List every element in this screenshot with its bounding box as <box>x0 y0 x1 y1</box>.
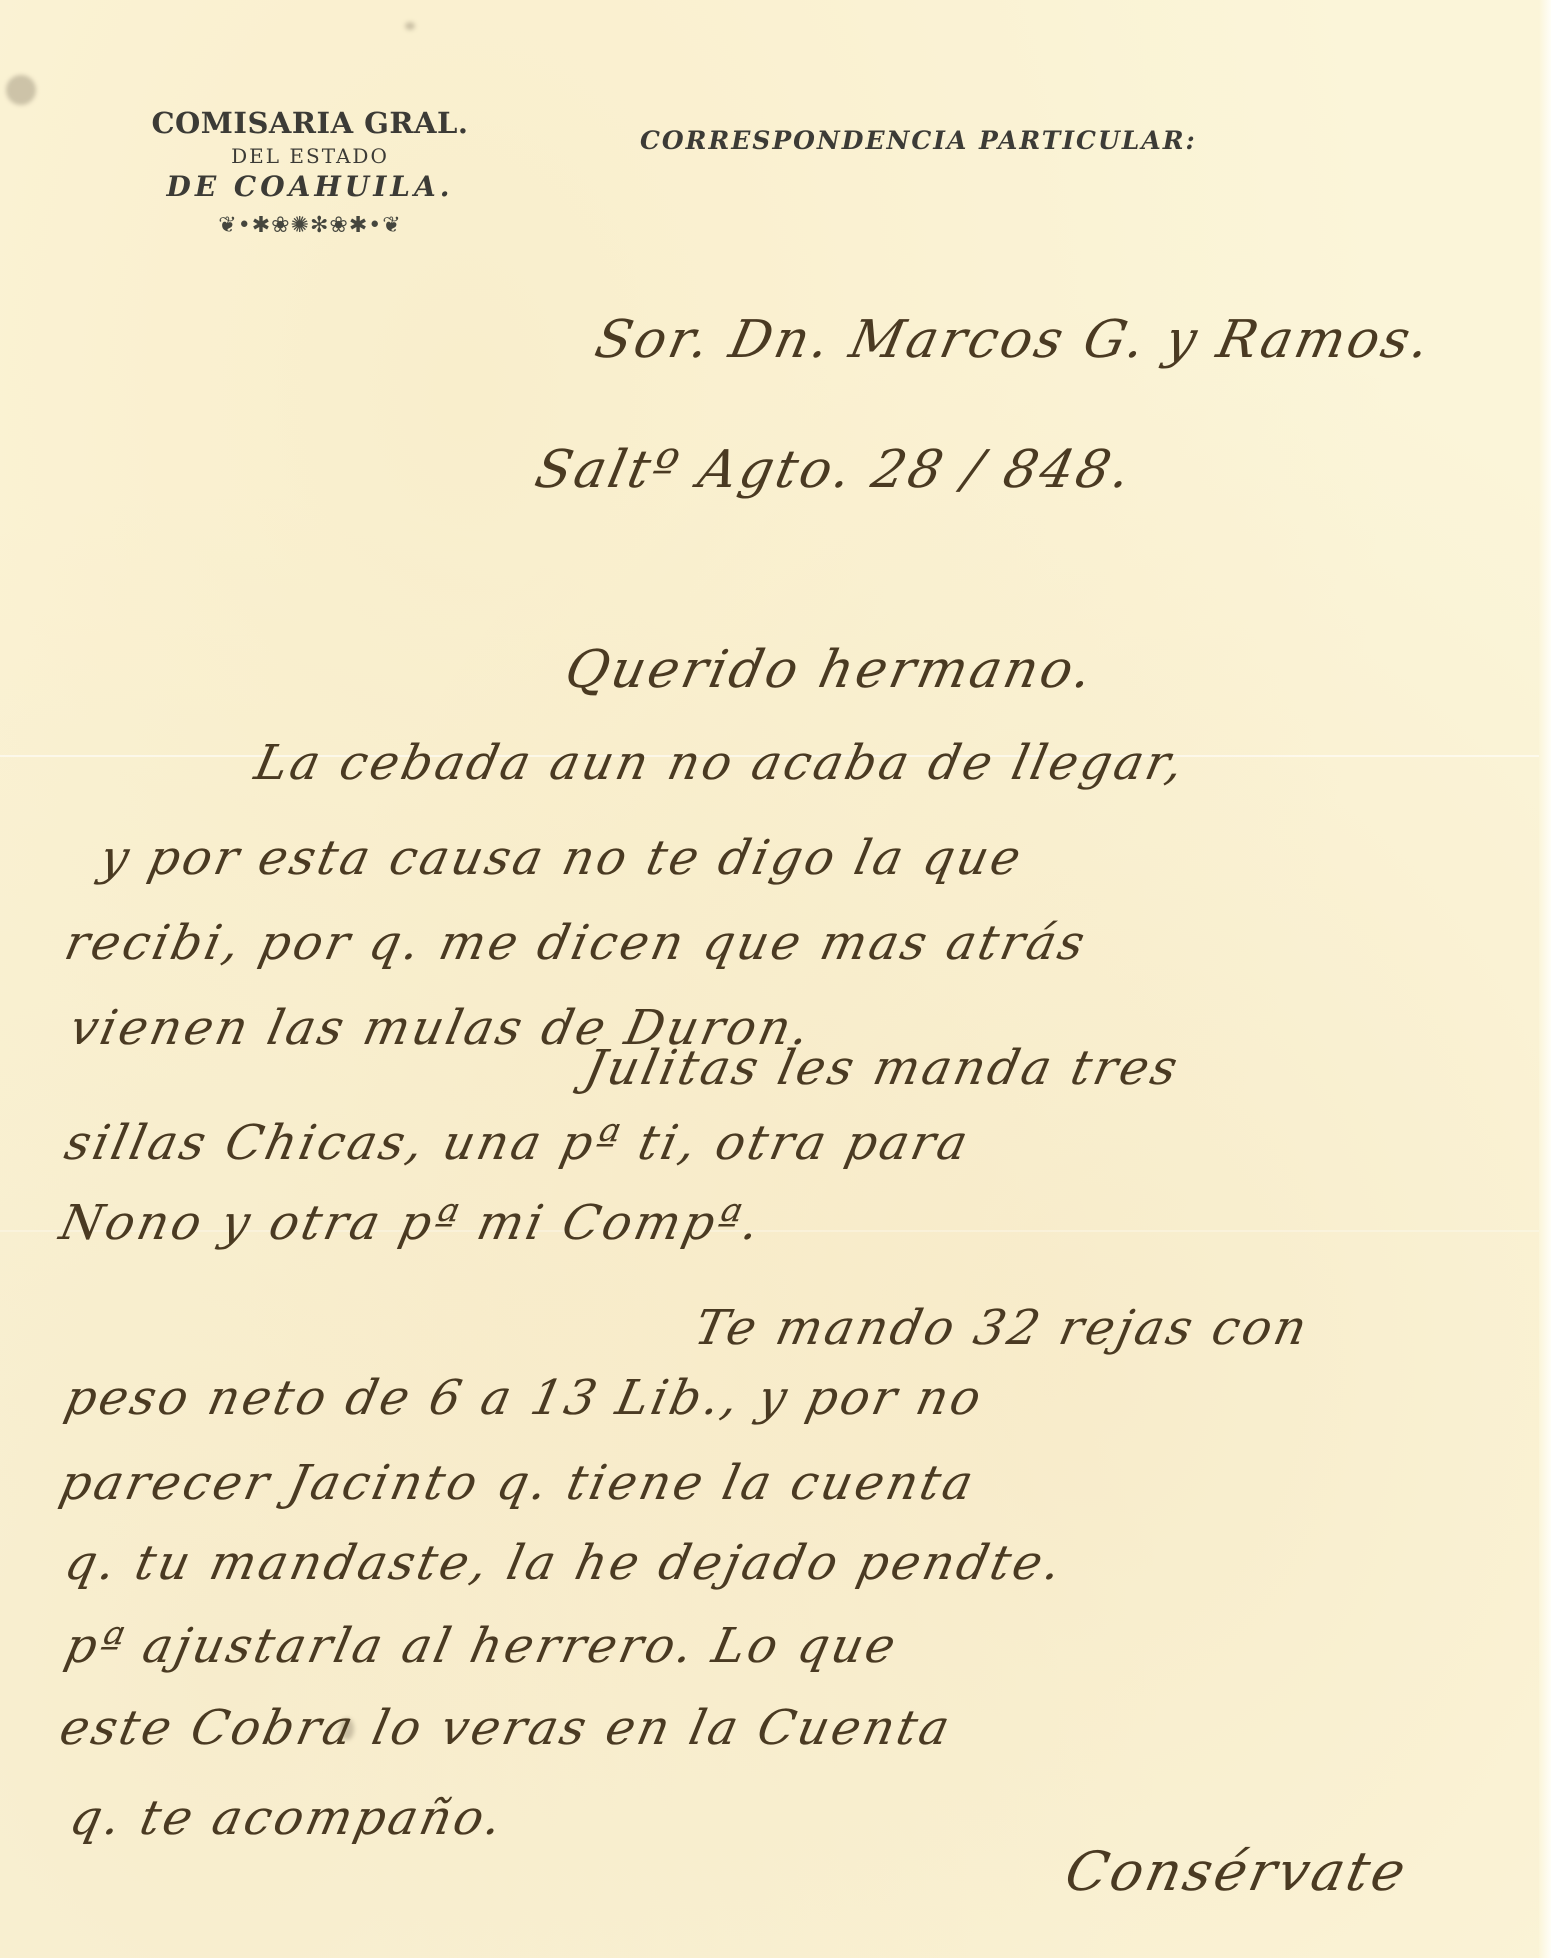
body-line-11: q. tu mandaste, la he dejado pendte. <box>60 1535 1069 1591</box>
body-line-6: sillas Chicas, una pª ti, otra para <box>60 1115 975 1171</box>
ornament-divider-icon: ❦•✱❀✺✻❀✱•❦ <box>130 213 490 238</box>
closing-signature: Consérvate <box>1060 1840 1414 1903</box>
body-line-1: La cebada aun no acaba de llegar, <box>250 735 1191 791</box>
addressee-line: Sor. Dn. Marcos G. y Ramos. <box>590 310 1438 370</box>
ink-speck <box>405 22 415 30</box>
body-line-8: Te mando 32 rejas con <box>690 1300 1315 1356</box>
ink-smudge <box>6 75 36 105</box>
letterhead-line-1: COMISARIA GRAL. <box>130 106 490 140</box>
body-line-7: Nono y otra pª mi Compª. <box>55 1195 767 1251</box>
body-line-14: q. te acompaño. <box>65 1790 510 1846</box>
letter-page: COMISARIA GRAL. DEL ESTADO DE COAHUILA. … <box>0 0 1551 1958</box>
scan-edge <box>1539 0 1551 1958</box>
body-line-2: y por esta causa no te digo la que <box>95 830 1028 886</box>
letterhead-line-3: DE COAHUILA. <box>130 170 490 203</box>
body-line-5: Julitas les manda tres <box>580 1040 1185 1096</box>
salutation: Querido hermano. <box>560 640 1100 700</box>
body-line-3: recibi, por q. me dicen que mas atrás <box>60 915 1092 971</box>
body-line-13: este Cobra lo veras en la Cuenta <box>55 1700 957 1756</box>
date-line: Saltº Agto. 28 / 848. <box>530 440 1139 500</box>
letterhead-line-2: DEL ESTADO <box>130 144 490 168</box>
body-line-9: peso neto de 6 a 13 Lib., y por no <box>60 1370 989 1426</box>
letterhead-block: COMISARIA GRAL. DEL ESTADO DE COAHUILA. … <box>130 106 490 238</box>
body-line-12: pª ajustarla al herrero. Lo que <box>60 1618 903 1674</box>
body-line-10: parecer Jacinto q. tiene la cuenta <box>55 1455 981 1511</box>
letterhead-correspondence-title: CORRESPONDENCIA PARTICULAR: <box>640 126 1197 155</box>
